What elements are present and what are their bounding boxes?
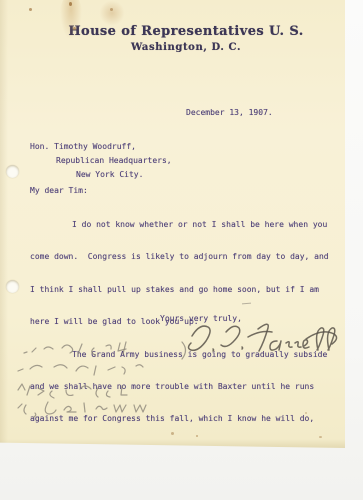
letterhead-title: House of Representatives U. S.	[22, 24, 350, 39]
foxing-speck	[110, 8, 113, 11]
recipient-name: Hon. Timothy Woodruff,	[30, 142, 136, 151]
scanned-letter-photo: House of Representatives U. S. Washingto…	[0, 0, 363, 500]
date-line: December 13, 1907.	[186, 108, 273, 117]
punch-hole-bottom	[6, 280, 19, 293]
foxing-speck	[319, 436, 322, 438]
body-line: I do not know whether or not I shall be …	[30, 218, 332, 232]
recipient-city: New York City.	[76, 170, 143, 179]
letterhead: House of Representatives U. S. Washingto…	[22, 24, 350, 53]
letterhead-city: Washington, D. C.	[22, 42, 350, 53]
body-line: come down. Congress is likely to adjourn…	[30, 250, 332, 264]
paper-stain	[99, 0, 125, 26]
recipient-org: Republican Headquarters,	[56, 156, 172, 165]
foxing-speck	[196, 435, 198, 437]
foxing-speck	[73, 27, 76, 30]
salutation: My dear Tim:	[30, 186, 88, 195]
foxing-speck	[29, 8, 32, 11]
foxing-speck	[69, 2, 72, 6]
punch-hole-top	[6, 165, 19, 178]
foxing-speck	[171, 432, 174, 435]
body-line: I think I shall pull up stakes and go ho…	[30, 283, 332, 297]
shorthand-scribbles	[10, 340, 206, 420]
letter-paper: House of Representatives U. S. Washingto…	[0, 0, 345, 448]
foxing-speck	[305, 412, 307, 414]
